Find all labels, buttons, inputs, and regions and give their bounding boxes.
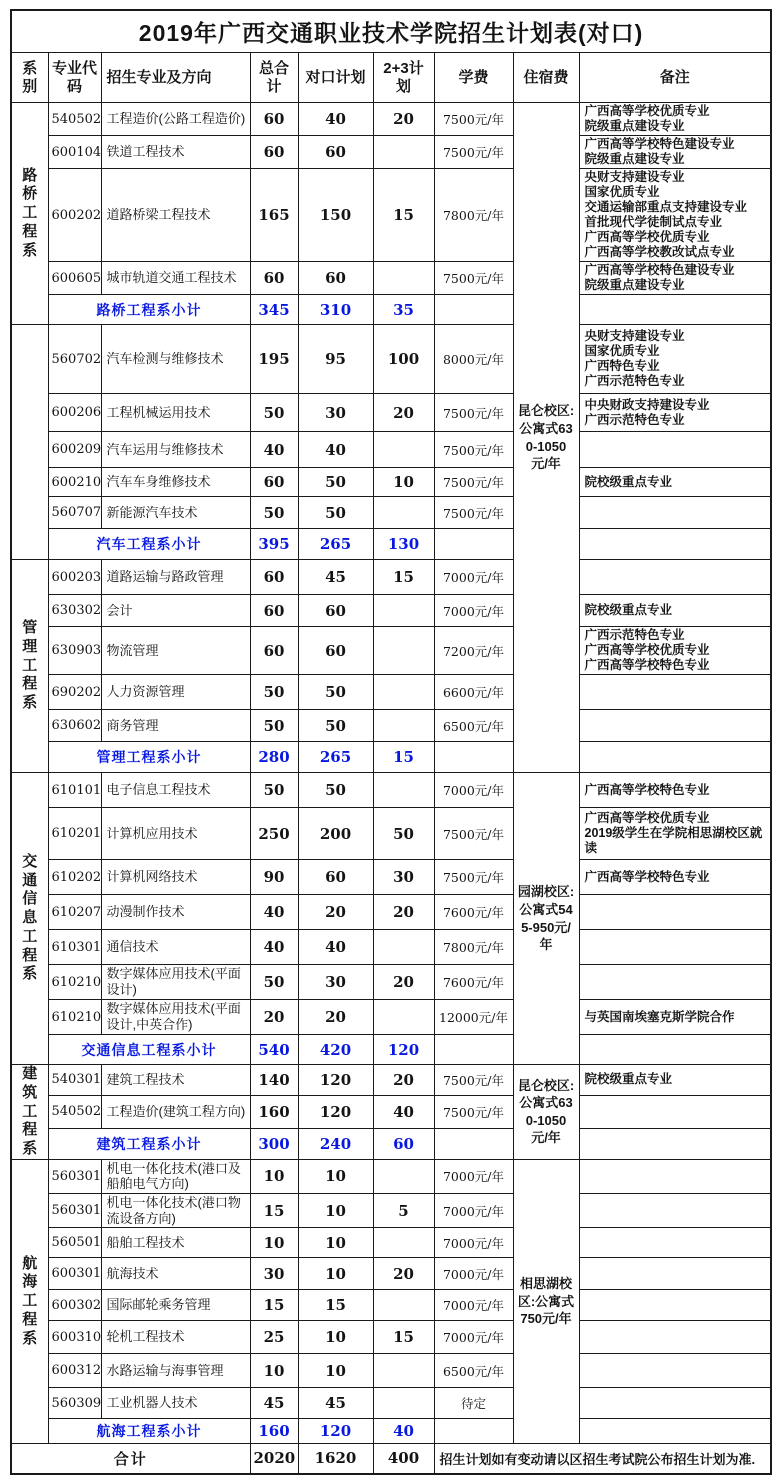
plan23-count <box>373 136 434 169</box>
subtotal-plan23: 35 <box>373 295 434 325</box>
major-code: 610201 <box>48 808 101 860</box>
plan23-count <box>373 930 434 965</box>
note: 广西示范特色专业 广西高等学校优质专业 广西高等学校特色专业 <box>579 627 771 675</box>
col-header-duikou: 对口计划 <box>298 53 373 103</box>
plan23-count: 40 <box>373 1095 434 1129</box>
major-code: 600202 <box>48 169 101 262</box>
table-row: 600301 航海技术 30 10 20 7000元/年 <box>11 1258 771 1290</box>
table-row: 610301 通信技术 40 40 7800元/年 <box>11 930 771 965</box>
col-header-major: 招生专业及方向 <box>101 53 250 103</box>
dept-label-hanghai: 航海工程系 <box>11 1159 48 1443</box>
major-name: 计算机应用技术 <box>101 808 250 860</box>
fee: 7000元/年 <box>434 1193 513 1227</box>
duikou-count: 40 <box>298 930 373 965</box>
note: 院校级重点专业 <box>579 1065 771 1096</box>
table-row: 600312 水路运输与海事管理 10 10 6500元/年 <box>11 1354 771 1388</box>
major-code: 560501 <box>48 1228 101 1258</box>
fee-empty <box>434 529 513 560</box>
table-row: 630302 会计 60 60 7000元/年 院校级重点专业 <box>11 595 771 627</box>
major-code: 540502 <box>48 1095 101 1129</box>
duikou-count: 20 <box>298 1000 373 1035</box>
total-count: 50 <box>250 497 298 529</box>
table-row: 600206 工程机械运用技术 50 30 20 7500元/年 中央财政支持建… <box>11 394 771 432</box>
note <box>579 710 771 742</box>
note: 央财支持建设专业 国家优质专业 交通运输部重点支持建设专业 首批现代学徒制试点专… <box>579 169 771 262</box>
duikou-count: 30 <box>298 965 373 1000</box>
duikou-count: 40 <box>298 103 373 136</box>
col-header-code: 专业代码 <box>48 53 101 103</box>
header-row: 系别 专业代码 招生专业及方向 总合计 对口计划 2+3计划 学费 住宿费 备注 <box>11 53 771 103</box>
major-name: 国际邮轮乘务管理 <box>101 1290 250 1321</box>
total-count: 10 <box>250 1228 298 1258</box>
plan23-count <box>373 675 434 710</box>
table-row: 690202 人力资源管理 50 50 6600元/年 <box>11 675 771 710</box>
major-name: 会计 <box>101 595 250 627</box>
fee: 12000元/年 <box>434 1000 513 1035</box>
major-name: 道路运输与路政管理 <box>101 560 250 595</box>
major-code: 560301 <box>48 1193 101 1227</box>
subtotal-duikou: 120 <box>298 1419 373 1444</box>
total-count: 90 <box>250 860 298 895</box>
subtotal-row: 汽车工程系小计 395 265 130 <box>11 529 771 560</box>
note <box>579 497 771 529</box>
subtotal-label: 交通信息工程系小计 <box>48 1035 250 1065</box>
note: 广西高等学校优质专业 2019级学生在学院相思湖校区就读 <box>579 808 771 860</box>
major-code: 600310 <box>48 1321 101 1354</box>
dept-label-jianzhu: 建筑工程系 <box>11 1065 48 1160</box>
subtotal-row: 路桥工程系小计 345 310 35 <box>11 295 771 325</box>
subtotal-duikou: 310 <box>298 295 373 325</box>
plan23-count: 10 <box>373 468 434 497</box>
grand-total-plan23: 400 <box>373 1444 434 1474</box>
table-row: 建筑工程系 540301 建筑工程技术 140 120 20 7500元/年 昆… <box>11 1065 771 1096</box>
note: 广西高等学校特色建设专业 院级重点建设专业 <box>579 262 771 295</box>
major-code: 600203 <box>48 560 101 595</box>
col-header-fee: 学费 <box>434 53 513 103</box>
total-count: 60 <box>250 627 298 675</box>
major-code: 600312 <box>48 1354 101 1388</box>
major-code: 610210 <box>48 965 101 1000</box>
plan23-count <box>373 773 434 808</box>
dorm-cell-yuanhu: 园湖校区:公寓式545-950元/年 <box>513 773 579 1065</box>
major-name: 航海技术 <box>101 1258 250 1290</box>
plan23-count: 15 <box>373 560 434 595</box>
fee: 7000元/年 <box>434 1258 513 1290</box>
total-count: 160 <box>250 1095 298 1129</box>
total-count: 45 <box>250 1388 298 1419</box>
major-name: 计算机网络技术 <box>101 860 250 895</box>
dorm-cell-kunlun: 昆仑校区:公寓式630-1050元/年 <box>513 103 579 773</box>
duikou-count: 50 <box>298 773 373 808</box>
total-count: 50 <box>250 965 298 1000</box>
duikou-count: 45 <box>298 560 373 595</box>
grand-total-label: 合计 <box>11 1444 250 1474</box>
table-row: 航海工程系 560301 机电一体化技术(港口及船舶电气方向) 10 10 70… <box>11 1159 771 1193</box>
plan23-count: 20 <box>373 1065 434 1096</box>
fee: 7500元/年 <box>434 262 513 295</box>
fee: 7200元/年 <box>434 627 513 675</box>
table-row: 600209 汽车运用与维修技术 40 40 7500元/年 <box>11 432 771 468</box>
dorm-cell-sixihu: 相思湖校区:公寓式750元/年 <box>513 1159 579 1443</box>
fee: 7500元/年 <box>434 1065 513 1096</box>
note <box>579 930 771 965</box>
duikou-count: 30 <box>298 394 373 432</box>
note: 中央财政支持建设专业 广西示范特色专业 <box>579 394 771 432</box>
subtotal-plan23: 120 <box>373 1035 434 1065</box>
fee: 7000元/年 <box>434 595 513 627</box>
duikou-count: 10 <box>298 1321 373 1354</box>
subtotal-label: 航海工程系小计 <box>48 1419 250 1444</box>
table-row: 560309 工业机器人技术 45 45 待定 <box>11 1388 771 1419</box>
table-row: 600202 道路桥梁工程技术 165 150 15 7800元/年 央财支持建… <box>11 169 771 262</box>
major-name: 动漫制作技术 <box>101 895 250 930</box>
subtotal-duikou: 420 <box>298 1035 373 1065</box>
major-code: 630903 <box>48 627 101 675</box>
subtotal-plan23: 60 <box>373 1129 434 1160</box>
major-code: 600302 <box>48 1290 101 1321</box>
fee: 7000元/年 <box>434 1159 513 1193</box>
duikou-count: 50 <box>298 497 373 529</box>
note: 广西高等学校特色专业 <box>579 860 771 895</box>
total-count: 250 <box>250 808 298 860</box>
major-code: 540502 <box>48 103 101 136</box>
major-code: 540301 <box>48 1065 101 1096</box>
total-count: 60 <box>250 595 298 627</box>
plan23-count: 100 <box>373 325 434 394</box>
note <box>579 432 771 468</box>
table-row: 630602 商务管理 50 50 6500元/年 <box>11 710 771 742</box>
major-code: 560301 <box>48 1159 101 1193</box>
fee: 7000元/年 <box>434 773 513 808</box>
major-name: 物流管理 <box>101 627 250 675</box>
major-code: 600209 <box>48 432 101 468</box>
total-count: 20 <box>250 1000 298 1035</box>
fee: 7500元/年 <box>434 394 513 432</box>
note <box>579 1193 771 1227</box>
subtotal-plan23: 15 <box>373 742 434 773</box>
major-name: 城市轨道交通工程技术 <box>101 262 250 295</box>
note: 广西高等学校特色建设专业 院级重点建设专业 <box>579 136 771 169</box>
note <box>579 1354 771 1388</box>
subtotal-row: 航海工程系小计 160 120 40 <box>11 1419 771 1444</box>
total-count: 60 <box>250 468 298 497</box>
major-code: 690202 <box>48 675 101 710</box>
title-row: 2019年广西交通职业技术学院招生计划表(对口) <box>11 10 771 53</box>
table-row: 600302 国际邮轮乘务管理 15 15 7000元/年 <box>11 1290 771 1321</box>
total-count: 40 <box>250 895 298 930</box>
plan23-count <box>373 1388 434 1419</box>
subtotal-plan23: 40 <box>373 1419 434 1444</box>
fee-empty <box>434 1419 513 1444</box>
subtotal-label: 汽车工程系小计 <box>48 529 250 560</box>
fee: 待定 <box>434 1388 513 1419</box>
plan23-count <box>373 497 434 529</box>
total-count: 15 <box>250 1290 298 1321</box>
total-count: 140 <box>250 1065 298 1096</box>
admission-plan-table: 2019年广西交通职业技术学院招生计划表(对口) 系别 专业代码 招生专业及方向… <box>10 9 772 1475</box>
plan23-count <box>373 262 434 295</box>
subtotal-total: 540 <box>250 1035 298 1065</box>
fee-empty <box>434 1129 513 1160</box>
duikou-count: 45 <box>298 1388 373 1419</box>
major-code: 610207 <box>48 895 101 930</box>
major-code: 610210 <box>48 1000 101 1035</box>
note-empty <box>579 1129 771 1160</box>
fee: 7800元/年 <box>434 169 513 262</box>
plan23-count: 50 <box>373 808 434 860</box>
table-row: 560702 汽车检测与维修技术 195 95 100 8000元/年 央财支持… <box>11 325 771 394</box>
major-name: 电子信息工程技术 <box>101 773 250 808</box>
total-count: 15 <box>250 1193 298 1227</box>
table-row: 管理工程系 600203 道路运输与路政管理 60 45 15 7000元/年 <box>11 560 771 595</box>
subtotal-row: 交通信息工程系小计 540 420 120 <box>11 1035 771 1065</box>
major-name: 机电一体化技术(港口及船舶电气方向) <box>101 1159 250 1193</box>
duikou-count: 60 <box>298 262 373 295</box>
major-name: 数字媒体应用技术(平面设计) <box>101 965 250 1000</box>
note <box>579 1258 771 1290</box>
duikou-count: 150 <box>298 169 373 262</box>
note: 广西高等学校优质专业 院级重点建设专业 <box>579 103 771 136</box>
total-count: 60 <box>250 560 298 595</box>
major-name: 铁道工程技术 <box>101 136 250 169</box>
subtotal-total: 300 <box>250 1129 298 1160</box>
major-name: 数字媒体应用技术(平面设计,中英合作) <box>101 1000 250 1035</box>
major-code: 600206 <box>48 394 101 432</box>
plan23-count <box>373 710 434 742</box>
major-code: 560309 <box>48 1388 101 1419</box>
grand-total-note: 招生计划如有变动请以区招生考试院公布招生计划为准. <box>434 1444 771 1474</box>
duikou-count: 50 <box>298 468 373 497</box>
major-name: 新能源汽车技术 <box>101 497 250 529</box>
col-header-plan23: 2+3计划 <box>373 53 434 103</box>
dept-label-qiche-blank <box>11 325 48 560</box>
subtotal-label: 路桥工程系小计 <box>48 295 250 325</box>
note-empty <box>579 1035 771 1065</box>
plan23-count: 15 <box>373 169 434 262</box>
plan23-count: 20 <box>373 103 434 136</box>
fee-empty <box>434 295 513 325</box>
major-name: 工业机器人技术 <box>101 1388 250 1419</box>
major-name: 商务管理 <box>101 710 250 742</box>
total-count: 40 <box>250 930 298 965</box>
note: 央财支持建设专业 国家优质专业 广西特色专业 广西示范特色专业 <box>579 325 771 394</box>
note <box>579 1095 771 1129</box>
duikou-count: 40 <box>298 432 373 468</box>
duikou-count: 95 <box>298 325 373 394</box>
fee: 7000元/年 <box>434 1290 513 1321</box>
table-row: 610210 数字媒体应用技术(平面设计) 50 30 20 7600元/年 <box>11 965 771 1000</box>
plan23-count <box>373 1159 434 1193</box>
subtotal-label: 管理工程系小计 <box>48 742 250 773</box>
fee: 7000元/年 <box>434 560 513 595</box>
major-name: 工程造价(公路工程造价) <box>101 103 250 136</box>
total-count: 60 <box>250 103 298 136</box>
plan23-count: 30 <box>373 860 434 895</box>
note: 院校级重点专业 <box>579 468 771 497</box>
duikou-count: 50 <box>298 710 373 742</box>
fee: 7600元/年 <box>434 895 513 930</box>
duikou-count: 60 <box>298 627 373 675</box>
grand-total-duikou: 1620 <box>298 1444 373 1474</box>
fee: 7500元/年 <box>434 497 513 529</box>
admission-plan-page: 2019年广西交通职业技术学院招生计划表(对口) 系别 专业代码 招生专业及方向… <box>0 0 780 1478</box>
note-empty <box>579 1419 771 1444</box>
subtotal-label: 建筑工程系小计 <box>48 1129 250 1160</box>
note: 广西高等学校特色专业 <box>579 773 771 808</box>
plan23-count <box>373 1228 434 1258</box>
major-code: 610301 <box>48 930 101 965</box>
total-count: 40 <box>250 432 298 468</box>
duikou-count: 10 <box>298 1193 373 1227</box>
major-code: 600210 <box>48 468 101 497</box>
col-header-dept: 系别 <box>11 53 48 103</box>
duikou-count: 15 <box>298 1290 373 1321</box>
total-count: 165 <box>250 169 298 262</box>
duikou-count: 60 <box>298 595 373 627</box>
plan23-count <box>373 1000 434 1035</box>
total-count: 10 <box>250 1159 298 1193</box>
major-name: 船舶工程技术 <box>101 1228 250 1258</box>
page-title: 2019年广西交通职业技术学院招生计划表(对口) <box>11 10 771 53</box>
plan23-count: 5 <box>373 1193 434 1227</box>
duikou-count: 120 <box>298 1065 373 1096</box>
note <box>579 965 771 1000</box>
col-header-note: 备注 <box>579 53 771 103</box>
table-row: 540502 工程造价(建筑工程方向) 160 120 40 7500元/年 <box>11 1095 771 1129</box>
fee: 7500元/年 <box>434 808 513 860</box>
plan23-count <box>373 1290 434 1321</box>
plan23-count: 20 <box>373 895 434 930</box>
table-row: 560301 机电一体化技术(港口物流设备方向) 15 10 5 7000元/年 <box>11 1193 771 1227</box>
subtotal-row: 建筑工程系小计 300 240 60 <box>11 1129 771 1160</box>
col-header-dorm: 住宿费 <box>513 53 579 103</box>
dept-label-guanli: 管理工程系 <box>11 560 48 773</box>
duikou-count: 60 <box>298 860 373 895</box>
total-count: 60 <box>250 262 298 295</box>
plan23-count <box>373 432 434 468</box>
subtotal-duikou: 265 <box>298 529 373 560</box>
note-empty <box>579 529 771 560</box>
fee-empty <box>434 1035 513 1065</box>
subtotal-duikou: 240 <box>298 1129 373 1160</box>
note-empty <box>579 742 771 773</box>
total-count: 195 <box>250 325 298 394</box>
note <box>579 895 771 930</box>
table-row: 610210 数字媒体应用技术(平面设计,中英合作) 20 20 12000元/… <box>11 1000 771 1035</box>
subtotal-duikou: 265 <box>298 742 373 773</box>
major-name: 道路桥梁工程技术 <box>101 169 250 262</box>
plan23-count: 15 <box>373 1321 434 1354</box>
fee: 7500元/年 <box>434 136 513 169</box>
major-name: 工程机械运用技术 <box>101 394 250 432</box>
fee: 6500元/年 <box>434 1354 513 1388</box>
total-count: 10 <box>250 1354 298 1388</box>
major-name: 人力资源管理 <box>101 675 250 710</box>
major-code: 600301 <box>48 1258 101 1290</box>
total-count: 30 <box>250 1258 298 1290</box>
fee: 7600元/年 <box>434 965 513 1000</box>
note <box>579 1228 771 1258</box>
duikou-count: 120 <box>298 1095 373 1129</box>
subtotal-total: 160 <box>250 1419 298 1444</box>
plan23-count <box>373 1354 434 1388</box>
dorm-cell-kunlun-2: 昆仑校区:公寓式630-1050元/年 <box>513 1065 579 1160</box>
major-code: 630602 <box>48 710 101 742</box>
subtotal-total: 280 <box>250 742 298 773</box>
major-name: 机电一体化技术(港口物流设备方向) <box>101 1193 250 1227</box>
total-count: 50 <box>250 710 298 742</box>
major-code: 610202 <box>48 860 101 895</box>
table-row: 610202 计算机网络技术 90 60 30 7500元/年 广西高等学校特色… <box>11 860 771 895</box>
major-name: 汽车检测与维修技术 <box>101 325 250 394</box>
col-header-total: 总合计 <box>250 53 298 103</box>
major-code: 560702 <box>48 325 101 394</box>
note-empty <box>579 295 771 325</box>
major-name: 建筑工程技术 <box>101 1065 250 1096</box>
major-name: 轮机工程技术 <box>101 1321 250 1354</box>
major-name: 水路运输与海事管理 <box>101 1354 250 1388</box>
subtotal-row: 管理工程系小计 280 265 15 <box>11 742 771 773</box>
duikou-count: 10 <box>298 1228 373 1258</box>
total-count: 60 <box>250 136 298 169</box>
grand-total-row: 合计 2020 1620 400 招生计划如有变动请以区招生考试院公布招生计划为… <box>11 1444 771 1474</box>
major-name: 汽车运用与维修技术 <box>101 432 250 468</box>
note <box>579 1321 771 1354</box>
note <box>579 675 771 710</box>
table-row: 600310 轮机工程技术 25 10 15 7000元/年 <box>11 1321 771 1354</box>
subtotal-plan23: 130 <box>373 529 434 560</box>
major-code: 600605 <box>48 262 101 295</box>
grand-total-total: 2020 <box>250 1444 298 1474</box>
note <box>579 1388 771 1419</box>
table-row: 610207 动漫制作技术 40 20 20 7600元/年 <box>11 895 771 930</box>
total-count: 25 <box>250 1321 298 1354</box>
duikou-count: 20 <box>298 895 373 930</box>
major-name: 工程造价(建筑工程方向) <box>101 1095 250 1129</box>
duikou-count: 10 <box>298 1159 373 1193</box>
fee: 6600元/年 <box>434 675 513 710</box>
dept-label-luqiao: 路桥工程系 <box>11 103 48 325</box>
plan23-count <box>373 595 434 627</box>
table-row: 630903 物流管理 60 60 7200元/年 广西示范特色专业 广西高等学… <box>11 627 771 675</box>
fee: 7800元/年 <box>434 930 513 965</box>
duikou-count: 60 <box>298 136 373 169</box>
note: 院校级重点专业 <box>579 595 771 627</box>
table-row: 路桥工程系 540502 工程造价(公路工程造价) 60 40 20 7500元… <box>11 103 771 136</box>
plan23-count: 20 <box>373 394 434 432</box>
major-name: 通信技术 <box>101 930 250 965</box>
fee: 6500元/年 <box>434 710 513 742</box>
note <box>579 1290 771 1321</box>
fee: 7000元/年 <box>434 1228 513 1258</box>
plan23-count <box>373 627 434 675</box>
duikou-count: 50 <box>298 675 373 710</box>
major-name: 汽车车身维修技术 <box>101 468 250 497</box>
duikou-count: 10 <box>298 1354 373 1388</box>
major-code: 560707 <box>48 497 101 529</box>
subtotal-total: 395 <box>250 529 298 560</box>
table-row: 560707 新能源汽车技术 50 50 7500元/年 <box>11 497 771 529</box>
table-row: 600605 城市轨道交通工程技术 60 60 7500元/年 广西高等学校特色… <box>11 262 771 295</box>
fee: 7500元/年 <box>434 1095 513 1129</box>
total-count: 50 <box>250 394 298 432</box>
table-row: 600210 汽车车身维修技术 60 50 10 7500元/年 院校级重点专业 <box>11 468 771 497</box>
fee: 7500元/年 <box>434 432 513 468</box>
fee: 7500元/年 <box>434 103 513 136</box>
plan23-count: 20 <box>373 1258 434 1290</box>
table-row: 交通信息工程系 610101 电子信息工程技术 50 50 7000元/年 园湖… <box>11 773 771 808</box>
plan23-count: 20 <box>373 965 434 1000</box>
